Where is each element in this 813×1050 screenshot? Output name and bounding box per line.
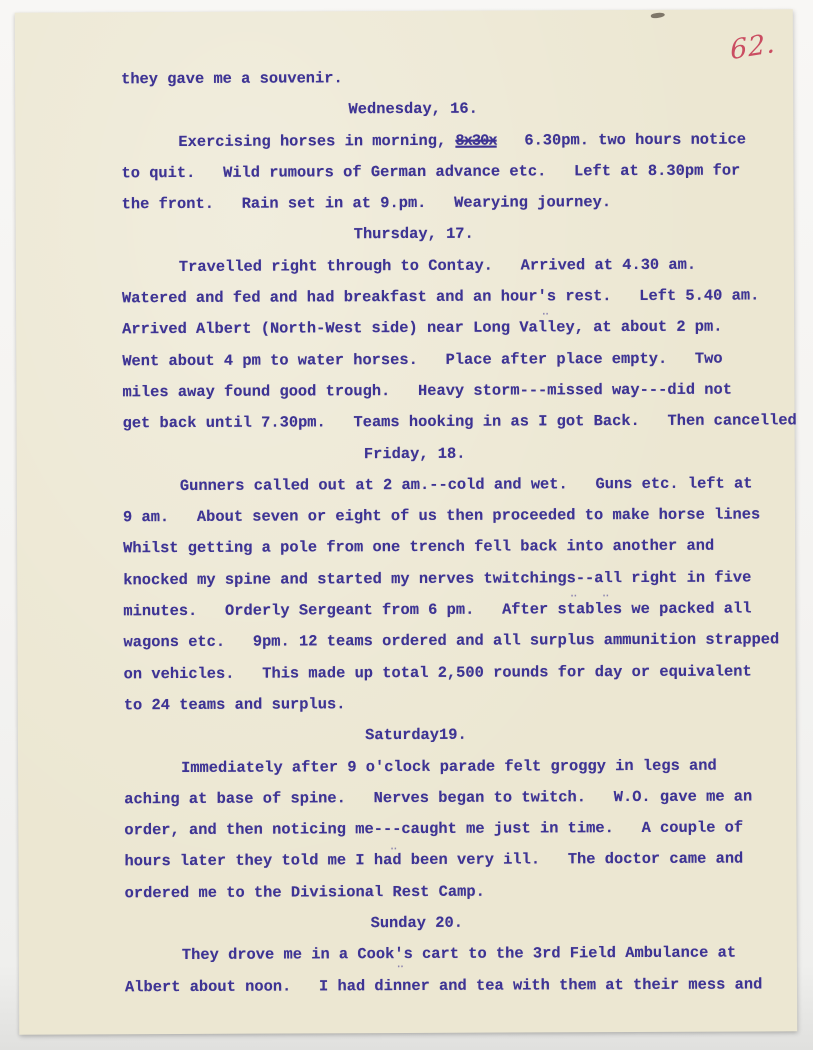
diary-line: Albert about noon. I had dinner and tea … — [125, 969, 797, 1003]
diary-line: the front. Rain set in at 9.pm. Wearying… — [122, 186, 794, 220]
correction-mark: ‥ — [397, 963, 403, 969]
correction-mark: ‥ — [542, 310, 548, 316]
diary-line: They drove me in a Cook's cart to the 3r… — [125, 938, 797, 972]
diary-line: knocked my spine and started my nerves t… — [123, 562, 795, 596]
diary-line: order, and then noticing me---caught me … — [124, 812, 796, 846]
diary-line: Arrived Albert (North-West side) near Lo… — [122, 312, 794, 346]
diary-line: they gave me a souvenir. — [121, 61, 793, 95]
diary-line: minutes. Orderly Sergeant from 6 pm. Aft… — [123, 593, 795, 627]
diary-line: Watered and fed and had breakfast and an… — [122, 280, 794, 314]
heading-wednesday-16: Wednesday, 16. — [121, 93, 793, 127]
diary-line: ordered me to the Divisional Rest Camp. — [125, 875, 797, 909]
diary-line: Gunners called out at 2 am.--cold and we… — [123, 468, 795, 502]
diary-line: aching at base of spine. Nerves began to… — [124, 781, 796, 815]
diary-line: Immediately after 9 o'clock parade felt … — [124, 750, 796, 784]
diary-line: on vehicles. This made up total 2,500 ro… — [124, 656, 796, 690]
diary-line: wagons etc. 9pm. 12 teams ordered and al… — [123, 625, 795, 659]
struck-out-text: 8x30x — [455, 131, 496, 149]
correction-mark: ‥ — [390, 845, 396, 851]
heading-friday-18: Friday, 18. — [123, 437, 795, 471]
line-segment: Exercising horses in morning, — [178, 131, 455, 150]
diary-line: Went about 4 pm to water horses. Place a… — [122, 343, 794, 377]
diary-line: to 24 teams and surplus. — [124, 687, 796, 721]
diary-line: Exercising horses in morning, 8x30x 6.30… — [121, 124, 793, 158]
typewritten-text-block: they gave me a souvenir. Wednesday, 16. … — [15, 9, 797, 1034]
diary-page: 62. they gave me a souvenir. Wednesday, … — [15, 9, 797, 1034]
diary-line: get back until 7.30pm. Teams hooking in … — [123, 406, 795, 440]
heading-thursday-17: Thursday, 17. — [122, 218, 794, 252]
diary-line: to quit. Wild rumours of German advance … — [121, 155, 793, 189]
correction-mark: ‥ — [570, 592, 576, 598]
diary-line: 9 am. About seven or eight of us then pr… — [123, 499, 795, 533]
diary-line: Travelled right through to Contay. Arriv… — [122, 249, 794, 283]
heading-sunday-20: Sunday 20. — [125, 906, 797, 940]
diary-line: Whilst getting a pole from one trench fe… — [123, 531, 795, 565]
diary-line: miles away found good trough. Heavy stor… — [122, 374, 794, 408]
heading-saturday-19: Saturday19. — [124, 719, 796, 753]
diary-line: hours later they told me I had been very… — [124, 844, 796, 878]
correction-mark: ‥ — [602, 592, 608, 598]
line-segment: 6.30pm. two hours notice — [497, 130, 746, 149]
